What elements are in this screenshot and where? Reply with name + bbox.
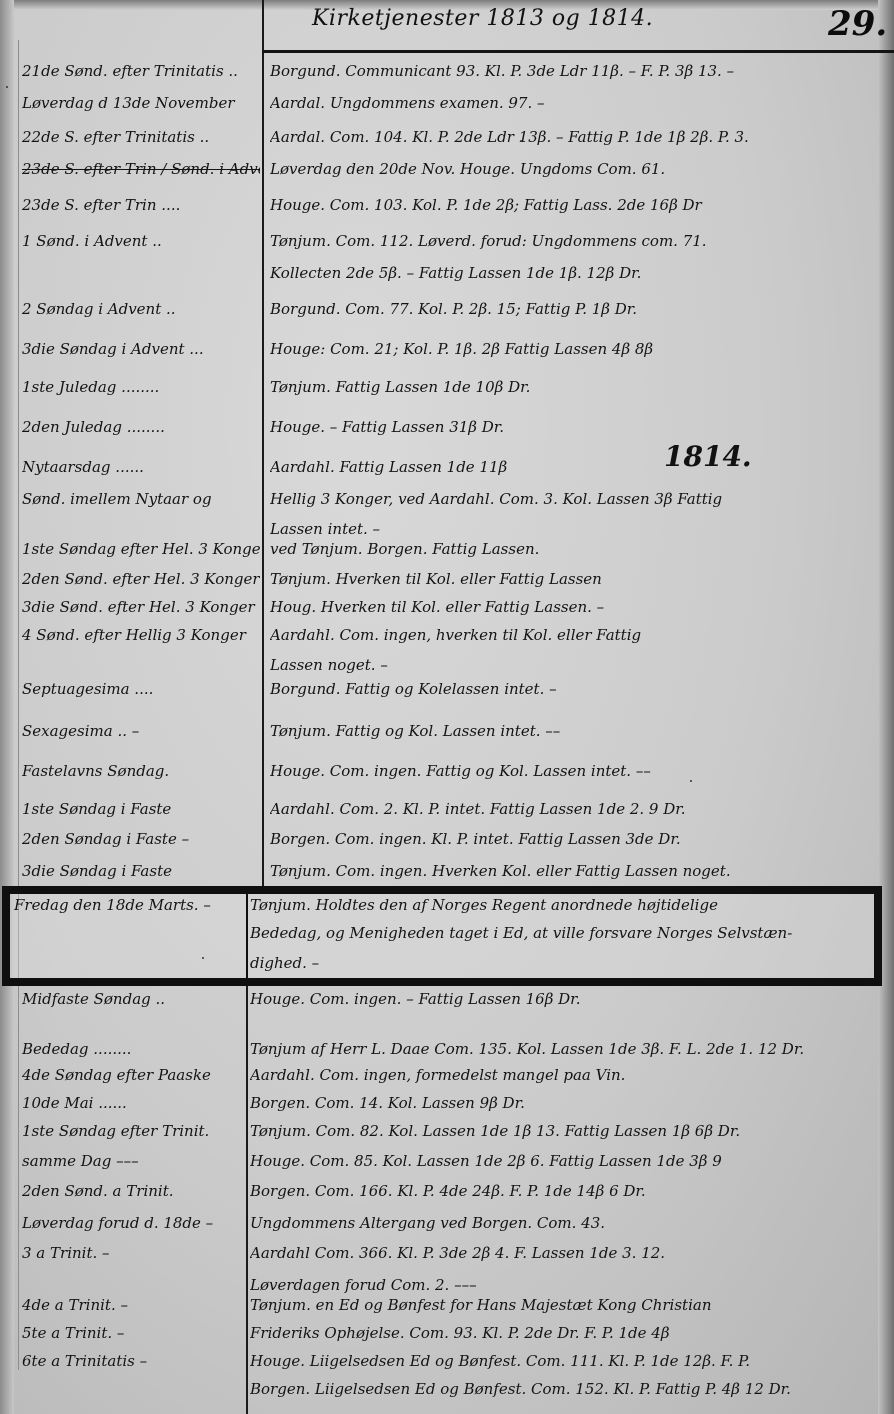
entry-date: Fredag den 18de Marts. – xyxy=(14,896,252,914)
ledger-page: Kirketjenester 1813 og 1814. 29. 1814. 2… xyxy=(0,0,894,1414)
entry-text: Lassen intet. – xyxy=(270,520,880,538)
entry-date: 6te a Trinitatis – xyxy=(22,1352,260,1370)
entry-text: Aardahl. Com. ingen, formedelst mangel p… xyxy=(250,1066,882,1084)
page-edge-right xyxy=(878,0,894,1414)
entry-date: Løverdag forud d. 18de – xyxy=(22,1214,260,1232)
entry-text: Borgund. Fattig og Kolelassen intet. – xyxy=(270,680,880,698)
entry-date: 5te a Trinit. – xyxy=(22,1324,260,1342)
entry-text: Borgund. Communicant 93. Kl. P. 3de Ldr … xyxy=(270,62,880,80)
entry-date: Sexagesima .. – xyxy=(22,722,260,740)
header-rule xyxy=(262,50,894,53)
entry-text: Houge: Com. 21; Kol. P. 1β. 2β Fattig La… xyxy=(270,340,880,358)
entry-text: Borgund. Com. 77. Kol. P. 2β. 15; Fattig… xyxy=(270,300,880,318)
entry-text: Tønjum. en Ed og Bønfest for Hans Majest… xyxy=(250,1296,882,1314)
entry-text: Tønjum. Fattig og Kol. Lassen intet. –– xyxy=(270,722,880,740)
entry-text: Aardal. Com. 104. Kl. P. 2de Ldr 13β. – … xyxy=(270,128,880,146)
entry-date: Midfaste Søndag .. xyxy=(22,990,260,1008)
entry-date: 2 Søndag i Advent .. xyxy=(22,300,260,318)
entry-text: Borgen. Com. 166. Kl. P. 4de 24β. F. P. … xyxy=(250,1182,882,1200)
entry-text: Houge. Liigelsedsen Ed og Bønfest. Com. … xyxy=(250,1352,882,1370)
entry-text: Tønjum. Fattig Lassen 1de 10β Dr. xyxy=(270,378,880,396)
entry-date: 3die Sønd. efter Hel. 3 Konger xyxy=(22,598,260,616)
margin-rule xyxy=(18,40,19,1370)
entry-date: 21de Sønd. efter Trinitatis .. xyxy=(22,62,260,80)
entry-text: Tønjum. Hverken til Kol. eller Fattig La… xyxy=(270,570,880,588)
entry-text: Houge. Com. 103. Kol. P. 1de 2β; Fattig … xyxy=(270,196,880,214)
page-edge-left xyxy=(0,0,14,1414)
entry-text: dighed. – xyxy=(250,954,882,972)
entry-date: 1 Sønd. i Advent .. xyxy=(22,232,260,250)
entry-date: 2den Søndag i Faste – xyxy=(22,830,260,848)
entry-text: Aardahl. Com. ingen, hverken til Kol. el… xyxy=(270,626,880,644)
page-title: Kirketjenester 1813 og 1814. xyxy=(312,6,653,31)
entry-date: 4 Sønd. efter Hellig 3 Konger xyxy=(22,626,260,644)
entry-text: Aardahl. Com. 2. Kl. P. intet. Fattig La… xyxy=(270,800,880,818)
entry-date: 10de Mai ...... xyxy=(22,1094,260,1112)
entry-text: Houge. – Fattig Lassen 31β Dr. xyxy=(270,418,880,436)
entry-text: Aardahl. Fattig Lassen 1de 11β xyxy=(270,458,880,476)
entry-text: Tønjum. Com. 82. Kol. Lassen 1de 1β 13. … xyxy=(250,1122,882,1140)
entry-text: Tønjum af Herr L. Daae Com. 135. Kol. La… xyxy=(250,1040,882,1058)
entry-text: Hellig 3 Konger, ved Aardahl. Com. 3. Ko… xyxy=(270,490,880,508)
entry-date: 3die Søndag i Faste xyxy=(22,862,260,880)
entry-text: Tønjum. Holdtes den af Norges Regent ano… xyxy=(250,896,882,914)
entry-text: Houge. Com. ingen. – Fattig Lassen 16β D… xyxy=(250,990,882,1008)
entry-text: Tønjum. Com. 112. Løverd. forud: Ungdomm… xyxy=(270,232,880,250)
entry-text: Kollecten 2de 5β. – Fattig Lassen 1de 1β… xyxy=(270,264,880,282)
entry-text: Houge. Com. 85. Kol. Lassen 1de 2β 6. Fa… xyxy=(250,1152,882,1170)
entry-date: 4de a Trinit. – xyxy=(22,1296,260,1314)
entry-text: Houge. Com. ingen. Fattig og Kol. Lassen… xyxy=(270,762,880,780)
entry-date: Bededag ........ xyxy=(22,1040,260,1058)
entry-date: samme Dag ––– xyxy=(22,1152,260,1170)
column-divider-upper xyxy=(262,0,264,890)
entry-date: 1ste Søndag efter Hel. 3 Konger xyxy=(22,540,260,558)
entry-text: Borgen. Liigelsedsen Ed og Bønfest. Com.… xyxy=(250,1380,882,1398)
page-number: 29. xyxy=(828,4,887,44)
entry-date: 3die Søndag i Advent ... xyxy=(22,340,260,358)
entry-text: Ungdommens Altergang ved Borgen. Com. 43… xyxy=(250,1214,882,1232)
entry-date: 1ste Søndag i Faste xyxy=(22,800,260,818)
entry-date: 2den Sønd. efter Hel. 3 Konger xyxy=(22,570,260,588)
entry-date: Septuagesima .... xyxy=(22,680,260,698)
entry-date: 23de S. efter Trin .... xyxy=(22,196,260,214)
entry-date: Fastelavns Søndag. xyxy=(22,762,260,780)
entry-date: 4de Søndag efter Paaske xyxy=(22,1066,260,1084)
entry-date: 23de S. efter Trin / Sønd. i Advent xyxy=(22,160,260,178)
entry-date: 1ste Juledag ........ xyxy=(22,378,260,396)
entry-date: Løverdag d 13de November xyxy=(22,94,260,112)
entry-date: 2den Sønd. a Trinit. xyxy=(22,1182,260,1200)
entry-date: 22de S. efter Trinitatis .. xyxy=(22,128,260,146)
entry-text: Aardal. Ungdommens examen. 97. – xyxy=(270,94,880,112)
entry-date: Sønd. imellem Nytaar og xyxy=(22,490,260,508)
entry-text: Borgen. Com. ingen. Kl. P. intet. Fattig… xyxy=(270,830,880,848)
entry-text: Løverdag den 20de Nov. Houge. Ungdoms Co… xyxy=(270,160,880,178)
entry-date: 1ste Søndag efter Trinit. xyxy=(22,1122,260,1140)
entry-date: 2den Juledag ........ xyxy=(22,418,260,436)
entry-text: Bededag, og Menigheden taget i Ed, at vi… xyxy=(250,924,882,942)
entry-date: Nytaarsdag ...... xyxy=(22,458,260,476)
entry-text: Aardahl Com. 366. Kl. P. 3de 2β 4. F. La… xyxy=(250,1244,882,1262)
entry-text: Frideriks Ophøjelse. Com. 93. Kl. P. 2de… xyxy=(250,1324,882,1342)
entry-text: ved Tønjum. Borgen. Fattig Lassen. xyxy=(270,540,880,558)
entry-date: 3 a Trinit. – xyxy=(22,1244,260,1262)
entry-text: Lassen noget. – xyxy=(270,656,880,674)
entry-text: Tønjum. Com. ingen. Hverken Kol. eller F… xyxy=(270,862,880,880)
entry-text: Houg. Hverken til Kol. eller Fattig Lass… xyxy=(270,598,880,616)
entry-text: Løverdagen forud Com. 2. ––– xyxy=(250,1276,882,1294)
entry-text: Borgen. Com. 14. Kol. Lassen 9β Dr. xyxy=(250,1094,882,1112)
